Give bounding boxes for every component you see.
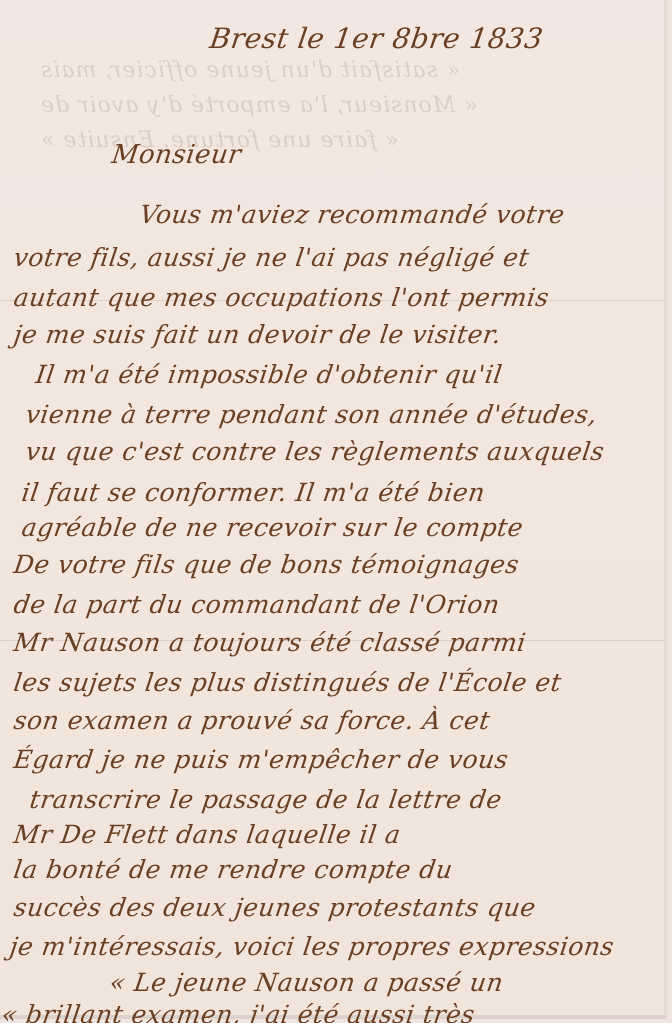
letter-line: je me suis fait un devoir de le visiter. xyxy=(12,320,503,349)
letter-page: « satisfait d'un jeune officier, mais « … xyxy=(0,0,667,1019)
letter-line: Il m'a été impossible d'obtenir qu'il xyxy=(34,360,504,389)
letter-salutation: Monsieur xyxy=(110,140,243,170)
letter-line: Mr Nauson a toujours été classé parmi xyxy=(12,628,528,657)
letter-line: Mr De Flett dans laquelle il a xyxy=(12,820,403,849)
letter-line: il faut se conformer. Il m'a été bien xyxy=(20,478,487,507)
letter-dateline: Brest le 1er 8bre 1833 xyxy=(208,22,546,55)
letter-line: vienne à terre pendant son année d'étude… xyxy=(24,400,599,429)
letter-line: de la part du commandant de l'Orion xyxy=(12,590,502,619)
letter-line: De votre fils que de bons témoignages xyxy=(12,550,521,579)
letter-line: Égard je ne puis m'empêcher de vous xyxy=(12,745,510,774)
letter-line: je m'intéressais, voici les propres expr… xyxy=(8,932,616,961)
letter-line: agréable de ne recevoir sur le compte xyxy=(20,513,525,542)
letter-line: son examen a prouvé sa force. À cet xyxy=(12,706,492,735)
letter-line: Vous m'aviez recommandé votre xyxy=(138,200,567,229)
bleed-through-text: « satisfait d'un jeune officier, mais xyxy=(40,58,460,83)
letter-line: la bonté de me rendre compte du xyxy=(12,855,455,884)
letter-line: succès des deux jeunes protestants que xyxy=(12,893,538,922)
bleed-through-text: « Monsieur, l'a emporté d'y avoir de xyxy=(40,93,478,118)
letter-line: transcrire le passage de la lettre de xyxy=(28,785,504,814)
letter-line: « Le jeune Nauson a passé un xyxy=(108,968,505,997)
letter-line: autant que mes occupations l'ont permis xyxy=(12,283,551,312)
letter-line: vu que c'est contre les règlements auxqu… xyxy=(24,437,606,466)
letter-line: les sujets les plus distingués de l'Écol… xyxy=(12,668,564,697)
letter-line: votre fils, aussi je ne l'ai pas négligé… xyxy=(12,243,531,272)
letter-line: « brillant examen, j'ai été aussi très xyxy=(0,1000,477,1023)
